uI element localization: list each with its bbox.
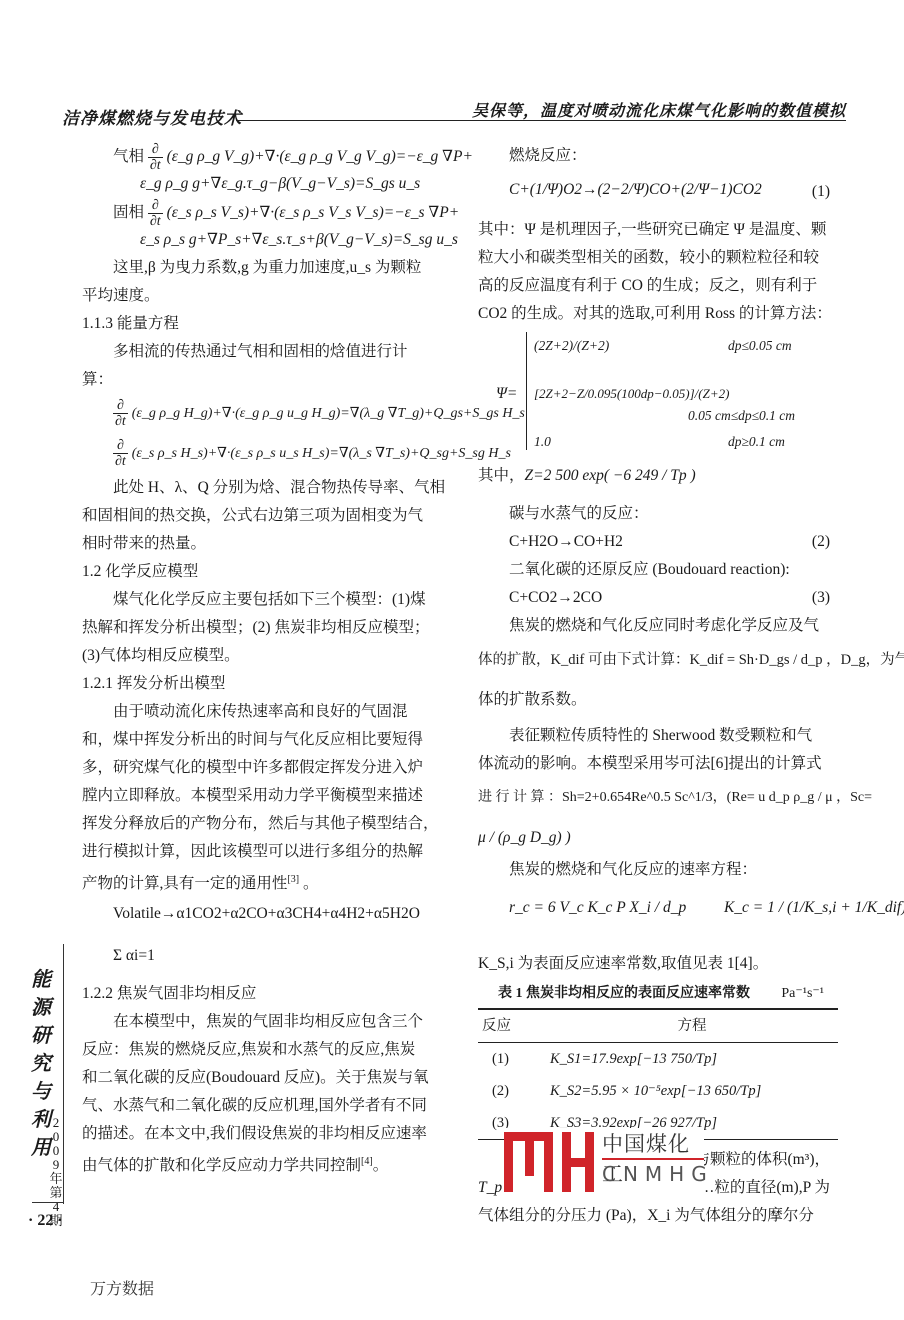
paragraph-line: 粒大小和碳类型相关的函数，较小的颗粒粒径和较	[478, 244, 838, 272]
equation-text: (ε_s ρ_s H_s)+∇·(ε_s ρ_s u_s H_s)=∇(λ_s …	[132, 446, 511, 461]
solid-phase-label: 固相	[113, 204, 144, 221]
issue-char: 0	[48, 1144, 64, 1158]
section-heading-1-2: 1.2 化学反应模型	[82, 558, 460, 586]
journal-char: 与	[28, 1078, 54, 1106]
rate-label: 焦炭的燃烧和气化反应的速率方程：	[478, 856, 838, 884]
section-heading-1-1-3: 1.1.3 能量方程	[82, 310, 460, 338]
paragraph-line: 的描述。在本文中,我们假设焦炭的非均相反应速率	[82, 1120, 460, 1148]
paragraph-text: 。	[299, 875, 318, 892]
table-cell: K_S2=5.95 × 10⁻⁵exp[−13 650/Tp]	[546, 1075, 838, 1107]
paragraph-line: 这里,β 为曳力系数,g 为重力加速度,u_s 为颗粒	[82, 254, 460, 282]
equation-text: C+CO2→2CO	[509, 589, 602, 606]
paragraph-text: 其中，	[478, 467, 525, 484]
paragraph-line: 平均速度。	[82, 282, 460, 310]
issue-char: 9	[48, 1158, 64, 1172]
paragraph-line: 在本模型中，焦炭的气固非均相反应包含三个	[82, 1008, 460, 1036]
paragraph-line: 由气体的扩散和化学反应动力学共同控制[4]。	[82, 1148, 460, 1176]
journal-char: 究	[28, 1050, 54, 1078]
paragraph-line: 挥发分释放后的产物分布，然后与其他子模型结合，	[82, 810, 460, 838]
psi-case-cond: dp≥0.1 cm	[728, 428, 785, 456]
psi-case-expr: (2Z+2)/(Z+2)	[534, 332, 609, 360]
paragraph-line: 由于喷动流化床传热速率高和良好的气固混	[82, 698, 460, 726]
paragraph-line: CO2 的生成。对其的选取,可利用 Ross 的计算方法：	[478, 300, 838, 328]
paragraph-line: 高的反应温度有利于 CO 的生成；反之，则有利于	[478, 272, 838, 300]
rate-constant-table: 反应 方程 (1) K_S1=17.9exp[−13 750/Tp] (2) K…	[478, 1008, 838, 1140]
psi-case-expr: 1.0	[534, 428, 551, 456]
issue-char: 0	[48, 1130, 64, 1144]
paragraph-line: 和，煤中挥发分析出的时间与气化反应相比要短得	[82, 726, 460, 754]
equation-text: (ε_s ρ_s V_s)+∇·(ε_s ρ_s V_s V_s)=−ε_s ∇…	[167, 204, 460, 221]
cnmhg-watermark: 中国煤化工 CNMHG	[504, 1128, 704, 1198]
paragraph-line: 相时带来的热量。	[82, 530, 460, 558]
paragraph-line: 进 行 计 算 ：Sh=2+0.654Re^0.5 Sc^1/3，(Re= u …	[478, 778, 838, 824]
column-header: 反应	[478, 1010, 546, 1043]
table-cell: (2)	[478, 1075, 546, 1107]
section-heading-1-2-1: 1.2.1 挥发分析出模型	[82, 670, 460, 698]
citation-ref: [3]	[287, 874, 299, 885]
psi-case-cond: 0.05 cm≤dp≤0.1 cm	[688, 402, 795, 430]
running-title: 吴保等，温度对喷动流化床煤气化影响的数值模拟	[472, 98, 846, 121]
equation-number: (2)	[812, 528, 830, 556]
table-cell: (1)	[478, 1043, 546, 1076]
psi-symbol: Ψ=	[496, 380, 517, 408]
paragraph-line: 体的扩散系数。	[478, 686, 838, 714]
equation-text: C+(1/Ψ)O2→(2−2/Ψ)CO+(2/Ψ−1)CO2	[509, 181, 762, 198]
paragraph-line: (3)气体均相反应模型。	[82, 642, 460, 670]
psi-piecewise: Ψ= (2Z+2)/(Z+2) dp≤0.05 cm [2Z+2−Z/0.095…	[478, 328, 838, 458]
section-heading-1-2-2: 1.2.2 焦炭气固非均相反应	[82, 980, 460, 1008]
right-column: 燃烧反应： C+(1/Ψ)O2→(2−2/Ψ)CO+(2/Ψ−1)CO2 (1)…	[478, 142, 838, 1230]
partial-derivative: ∂∂t	[113, 438, 128, 469]
left-column: 气相 ∂∂t (ε_g ρ_g V_g)+∇·(ε_g ρ_g V_g V_g)…	[82, 142, 460, 1176]
issue-char: 第	[48, 1186, 64, 1200]
boudouard-label: 二氧化碳的还原反应 (Boudouard reaction):	[478, 556, 838, 584]
energy-solid-eq: ∂∂t (ε_s ρ_s H_s)+∇·(ε_s ρ_s u_s H_s)=∇(…	[82, 434, 460, 474]
issue-char: 2	[48, 1116, 64, 1130]
column-header: 方程	[546, 1010, 838, 1043]
paragraph-line: 和固相间的热交换，公式右边第三项为固相变为气	[82, 502, 460, 530]
journal-section-header: 洁净煤燃烧与发电技术	[62, 104, 242, 129]
paragraph-line: 体流动的影响。本模型采用岑可法[6]提出的计算式	[478, 750, 838, 778]
kc-equation: K_c = 1 / (1/K_s,i + 1/K_dif)	[724, 899, 904, 916]
paragraph-line: 此处 H、λ、Q 分别为焓、混合物热传导率、气相	[82, 474, 460, 502]
equation-text: Z=2 500 exp( −6 249 / Tp )	[525, 467, 696, 484]
watermark-rule	[602, 1158, 704, 1160]
psi-case-cond: dp≤0.05 cm	[728, 332, 792, 360]
paragraph-line: 膛内立即释放。本模型采用动力学平衡模型来描述	[82, 782, 460, 810]
watermark-en-text: CNMHG	[602, 1162, 714, 1186]
paragraph-line: 其中：Ψ 是机理因子,一些研究已确定 Ψ 是温度、颗	[478, 216, 838, 244]
equation-text: (ε_g ρ_g H_g)+∇·(ε_g ρ_g u_g H_g)=∇(λ_g …	[132, 406, 525, 421]
paragraph-text: 。	[373, 1157, 389, 1174]
paragraph-line: 多，研究煤气化的模型中许多都假定挥发分进入炉	[82, 754, 460, 782]
table-unit: Pa⁻¹s⁻¹	[781, 980, 824, 1008]
energy-gas-eq: ∂∂t (ε_g ρ_g H_g)+∇·(ε_g ρ_g u_g H_g)=∇(…	[82, 394, 460, 434]
momentum-gas-eq-cont: ε_g ρ_g g+∇ε_g.τ_g−β(V_g−V_s)=S_gs u_s	[82, 170, 460, 198]
paragraph-line: 热解和挥发分析出模型；(2) 焦炭非均相反应模型；	[82, 614, 460, 642]
table-cell: K_S1=17.9exp[−13 750/Tp]	[546, 1043, 838, 1076]
table-title: 表 1 焦炭非均相反应的表面反应速率常数	[478, 986, 750, 1001]
partial-derivative: ∂∂t	[113, 398, 128, 429]
issue-char: 年	[48, 1172, 64, 1186]
rc-equation: r_c = 6 V_c K_c P X_i / d_p	[509, 899, 686, 916]
equation-1: C+(1/Ψ)O2→(2−2/Ψ)CO+(2/Ψ−1)CO2 (1)	[478, 170, 838, 216]
partial-derivative: ∂∂t	[148, 142, 163, 173]
paragraph-line: 产物的计算,具有一定的通用性[3] 。	[82, 866, 460, 894]
paragraph-text: 由气体的扩散和化学反应动力学共同控制	[82, 1157, 361, 1174]
paragraph-line: 气体组分的分压力 (Pa)，X_i 为气体组分的摩尔分	[478, 1202, 838, 1230]
table-row: (2) K_S2=5.95 × 10⁻⁵exp[−13 650/Tp]	[478, 1075, 838, 1107]
momentum-solid-eq-cont: ε_s ρ_s g+∇P_s+∇ε_s.τ_s+β(V_g−V_s)=S_sg …	[82, 226, 460, 254]
equation-text: C+H2O→CO+H2	[509, 533, 623, 550]
paragraph-line: 体的扩散，K_dif 可由下式计算：K_dif = Sh·D_gs / d_p …	[478, 640, 838, 686]
cnmhg-logo-icon	[504, 1132, 594, 1192]
paragraph-line: 算：	[82, 366, 460, 394]
header-rule	[236, 120, 846, 121]
equation-3: C+CO2→2CO (3)	[478, 584, 838, 612]
momentum-solid-eq: 固相 ∂∂t (ε_s ρ_s V_s)+∇·(ε_s ρ_s V_s V_s)…	[82, 198, 460, 226]
steam-label: 碳与水蒸气的反应：	[478, 500, 838, 528]
equation-text: (ε_g ρ_g V_g)+∇·(ε_g ρ_g V_g V_g)=−ε_g ∇…	[167, 148, 473, 165]
equation-number: (3)	[812, 584, 830, 612]
paragraph-line: 和二氧化碳的反应(Boudouard 反应)。关于焦炭与氧	[82, 1064, 460, 1092]
z-definition: 其中，Z=2 500 exp( −6 249 / Tp )	[478, 458, 838, 500]
partial-derivative: ∂∂t	[148, 198, 163, 229]
sum-eq: Σ αi=1	[82, 936, 460, 980]
momentum-gas-eq: 气相 ∂∂t (ε_g ρ_g V_g)+∇·(ε_g ρ_g V_g V_g)…	[82, 142, 460, 170]
table-row: (1) K_S1=17.9exp[−13 750/Tp]	[478, 1043, 838, 1076]
equation-number: (1)	[812, 178, 830, 206]
sidebar-bottom-rule	[32, 1202, 64, 1203]
paragraph-line: 多相流的传热通过气相和固相的焓值进行计	[82, 338, 460, 366]
journal-char: 研	[28, 1022, 54, 1050]
paragraph-line: μ / (ρ_g D_g) )	[478, 824, 838, 856]
equation-2: C+H2O→CO+H2 (2)	[478, 528, 838, 556]
combustion-label: 燃烧反应：	[478, 142, 838, 170]
gas-phase-label: 气相	[113, 148, 144, 165]
paragraph-line: 煤气化化学反应主要包括如下三个模型：(1)煤	[82, 586, 460, 614]
paragraph-line: 焦炭的燃烧和气化反应同时考虑化学反应及气	[478, 612, 838, 640]
journal-char: 源	[28, 994, 54, 1022]
page-number: · 22 ·	[28, 1212, 63, 1230]
citation-ref: [4]	[361, 1156, 373, 1167]
paragraph-line: 反应：焦炭的燃烧反应,焦炭和水蒸气的反应,焦炭	[82, 1036, 460, 1064]
paragraph-text: …粒的直径(m),P 为	[699, 1174, 830, 1202]
paragraph-line: 表征颗粒传质特性的 Sherwood 数受颗粒和气	[478, 722, 838, 750]
paragraph-line: 气、水蒸气和二氧化碳的反应机理,国外学者有不同	[82, 1092, 460, 1120]
brace	[526, 332, 527, 450]
rate-equations: r_c = 6 V_c K_c P X_i / d_p K_c = 1 / (1…	[478, 884, 838, 950]
volatile-eq: Volatile→α1CO2+α2CO+α3CH4+α4H2+α5H2O	[82, 894, 460, 936]
source-label: 万方数据	[90, 1276, 154, 1299]
paragraph-line: K_S,i 为表面反应速率常数,取值见表 1[4]。	[478, 950, 838, 978]
paragraph-line: 进行模拟计算，因此该模型可以进行多组分的热解	[82, 838, 460, 866]
table-caption: 表 1 焦炭非均相反应的表面反应速率常数 Pa⁻¹s⁻¹	[478, 980, 838, 1008]
journal-char: 能	[28, 966, 54, 994]
paragraph-text: 产物的计算,具有一定的通用性	[82, 875, 287, 892]
